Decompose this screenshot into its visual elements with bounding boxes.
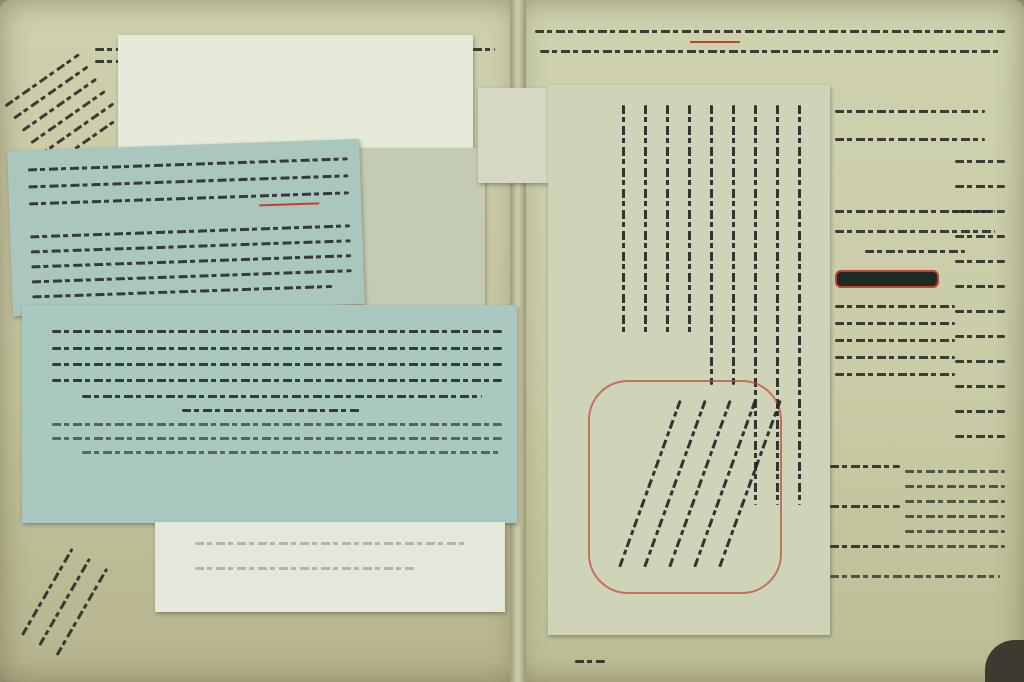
header-text-line bbox=[540, 50, 1000, 53]
blue-slip-lower bbox=[22, 305, 517, 523]
white-slip-bottom bbox=[155, 522, 505, 612]
blue-slip-upper bbox=[7, 139, 365, 316]
red-outline-cloud bbox=[588, 380, 782, 594]
manuscript-photo bbox=[0, 0, 1024, 682]
paper-strip bbox=[478, 88, 553, 183]
bottom-notes bbox=[830, 460, 1010, 600]
vertical-slip bbox=[548, 85, 830, 635]
rubric-heading bbox=[835, 270, 939, 288]
rubric-mark bbox=[690, 41, 740, 43]
header-text-line bbox=[535, 30, 1005, 33]
white-slip-top bbox=[118, 35, 473, 155]
margin-column bbox=[955, 150, 1015, 450]
catchword bbox=[575, 660, 605, 663]
